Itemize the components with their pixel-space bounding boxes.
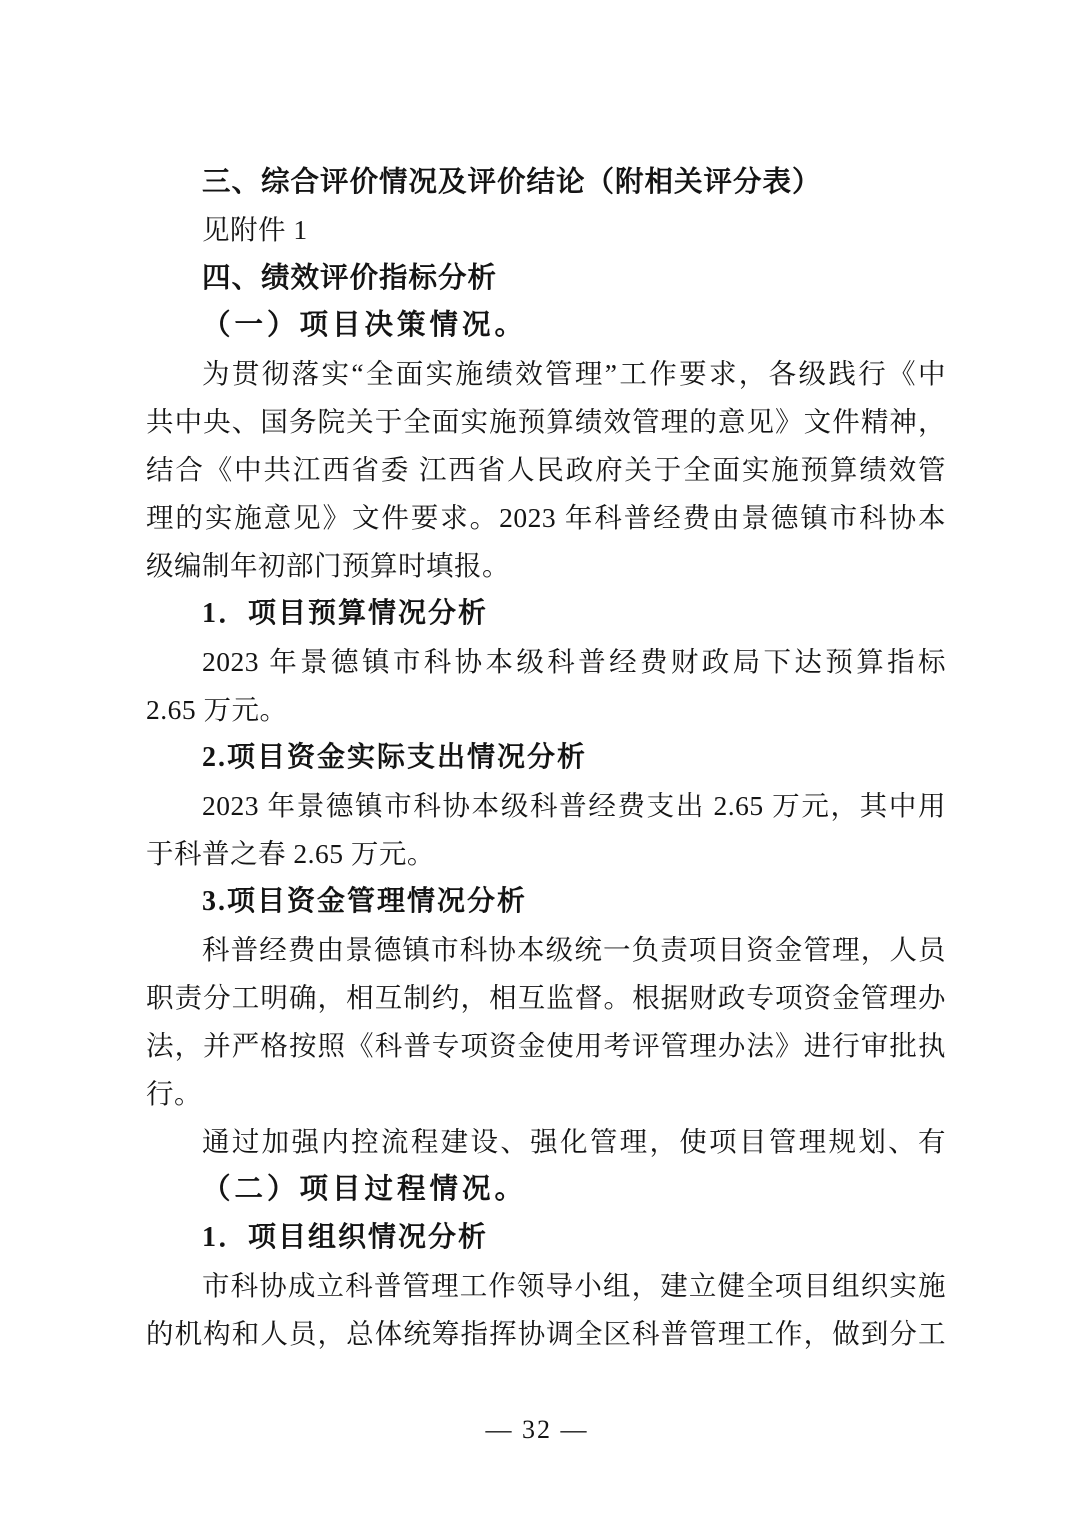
paragraph-decision-background-line: 为贯彻落实“全面实施绩效管理”工作要求，各级践行《中 — [146, 350, 946, 398]
paragraph-fund-management-line: 科普经费由景德镇市科协本级统一负责项目资金管理，人员 — [146, 926, 946, 974]
paragraph-fund-management-line: 法，并严格按照《科普专项资金使用考评管理办法》进行审批执 — [146, 1022, 946, 1070]
paragraph-fund-management-line: 行。 — [146, 1070, 946, 1118]
heading-item-expenditure-analysis-line: 2.项目资金实际支出情况分析 — [146, 734, 946, 782]
paragraph-internal-control-line: 通过加强内控流程建设、强化管理，使项目管理规划、有序。 — [146, 1118, 946, 1166]
paragraph-organization-analysis-line: 的机构和人员，总体统筹指挥协调全区科普管理工作，做到分工 — [146, 1310, 946, 1358]
paragraph-expenditure-analysis-line: 于科普之春 2.65 万元。 — [146, 830, 946, 878]
heading-subsection-process-line: （二）项目过程情况。 — [146, 1166, 946, 1214]
paragraph-decision-background-line: 理的实施意见》文件要求。2023 年科普经费由景德镇市科协本 — [146, 494, 946, 542]
paragraph-expenditure-analysis-line: 2023 年景德镇市科协本级科普经费支出 2.65 万元，其中用 — [146, 782, 946, 830]
document-page: 三、综合评价情况及评价结论（附相关评分表）见附件 1四、绩效评价指标分析（一）项… — [0, 0, 1074, 1520]
heading-item-fund-management-analysis-line: 3.项目资金管理情况分析 — [146, 878, 946, 926]
heading-section-4-line: 四、绩效评价指标分析 — [146, 254, 946, 302]
heading-item-organization-analysis-line: 1．项目组织情况分析 — [146, 1214, 946, 1262]
heading-subsection-decision-line: （一）项目决策情况。 — [146, 302, 946, 350]
paragraph-attachment-note-line: 见附件 1 — [146, 206, 946, 254]
page-number: — 32 — — [0, 1406, 1074, 1454]
heading-section-3-line: 三、综合评价情况及评价结论（附相关评分表） — [146, 158, 946, 206]
paragraph-fund-management-line: 职责分工明确，相互制约，相互监督。根据财政专项资金管理办 — [146, 974, 946, 1022]
paragraph-decision-background-line: 结合《中共江西省委 江西省人民政府关于全面实施预算绩效管 — [146, 446, 946, 494]
document-body: 三、综合评价情况及评价结论（附相关评分表）见附件 1四、绩效评价指标分析（一）项… — [146, 158, 946, 1358]
paragraph-organization-analysis-line: 市科协成立科普管理工作领导小组，建立健全项目组织实施 — [146, 1262, 946, 1310]
paragraph-decision-background-line: 共中央、国务院关于全面实施预算绩效管理的意见》文件精神， — [146, 398, 946, 446]
paragraph-decision-background-line: 级编制年初部门预算时填报。 — [146, 542, 946, 590]
paragraph-budget-analysis-line: 2023 年景德镇市科协本级科普经费财政局下达预算指标 — [146, 638, 946, 686]
heading-item-budget-analysis-line: 1．项目预算情况分析 — [146, 590, 946, 638]
paragraph-budget-analysis-line: 2.65 万元。 — [146, 686, 946, 734]
